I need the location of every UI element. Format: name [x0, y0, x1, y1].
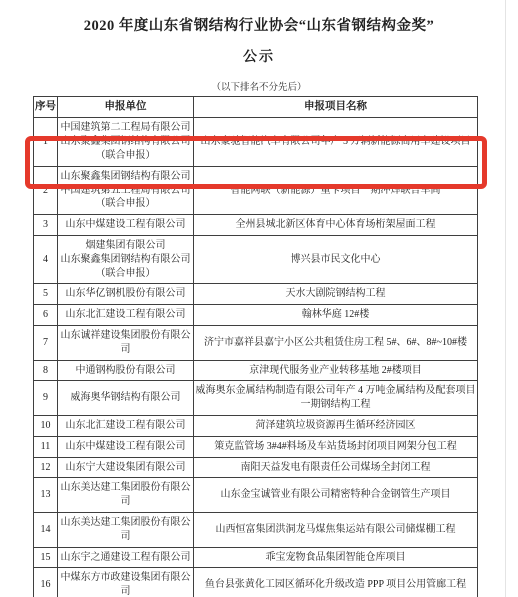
header-cell-applicant: 申报单位	[58, 97, 194, 118]
table-row: 14山东美达建工集团股份有限公司山西恒富集团洪洞龙马煤焦集运站有限公司储煤棚工程	[34, 513, 478, 548]
applicant-cell: 山东华亿钢机股份有限公司	[58, 284, 194, 305]
row-number-cell: 12	[34, 457, 58, 478]
project-cell: 策克监管场 3#4#料场及车站货场封闭项目网架分包工程	[194, 436, 478, 457]
applicant-cell: 山东聚鑫集团钢结构有限公司 中国建筑第五工程局有限公司 （联合申报）	[58, 166, 194, 214]
row-number-cell: 10	[34, 416, 58, 437]
applicant-cell: 山东宇之通建设工程有限公司	[58, 547, 194, 568]
table-row: 4烟建集团有限公司 山东聚鑫集团钢结构有限公司 （联合申报）博兴县市民文化中心	[34, 236, 478, 284]
row-number-cell: 7	[34, 326, 58, 361]
project-cell: 全州县城北新区体育中心体育场桁架屋面工程	[194, 215, 478, 236]
table-row: 10山东北汇建设工程有限公司菏泽建筑垃圾资源再生循环经济园区	[34, 416, 478, 437]
applicant-cell: 山东美达建工集团股份有限公司	[58, 478, 194, 513]
page-subtitle: 公示	[0, 46, 518, 66]
project-cell: 菏泽建筑垃圾资源再生循环经济园区	[194, 416, 478, 437]
project-cell: 济宁市嘉祥县嘉宁小区公共租赁住房工程 5#、6#、8#~10#楼	[194, 326, 478, 361]
awards-table: 序号 申报单位 申报项目名称 1中国建筑第二工程局有限公司 山东聚鑫集团钢结构有…	[33, 96, 478, 597]
table-row: 6山东北汇建设工程有限公司翰林华庭 12#楼	[34, 305, 478, 326]
applicant-cell: 山东宁大建设集团有限公司	[58, 457, 194, 478]
project-cell: 乖宝宠物食品集团智能仓库项目	[194, 547, 478, 568]
page-edge-line	[505, 0, 506, 597]
row-number-cell: 14	[34, 513, 58, 548]
applicant-cell: 中通钢构股份有限公司	[58, 360, 194, 381]
row-number-cell: 8	[34, 360, 58, 381]
row-number-cell: 11	[34, 436, 58, 457]
project-cell: 山东金宝诚管业有限公司精密特种合金钢管生产项目	[194, 478, 478, 513]
project-cell: 京津现代服务业产业转移基地 2#楼项目	[194, 360, 478, 381]
table-row: 15山东宇之通建设工程有限公司乖宝宠物食品集团智能仓库项目	[34, 547, 478, 568]
row-number-cell: 13	[34, 478, 58, 513]
table-row: 12山东宁大建设集团有限公司南阳天益发电有限责任公司煤场全封闭工程	[34, 457, 478, 478]
row-number-cell: 9	[34, 381, 58, 416]
applicant-cell: 山东北汇建设工程有限公司	[58, 416, 194, 437]
project-cell: 天水大剧院钢结构工程	[194, 284, 478, 305]
row-number-cell: 4	[34, 236, 58, 284]
document-page: 2020 年度山东省钢结构行业协会“山东省钢结构金奖” 公示 （以下排名不分先后…	[0, 0, 518, 597]
applicant-cell: 中煤东方市政建设集团有限公司	[58, 568, 194, 597]
applicant-cell: 山东诚祥建设集团股份有限公司	[58, 326, 194, 361]
project-cell: 威海奥东金属结构制造有限公司年产 4 万吨金属结构及配套项目一期钢结构工程	[194, 381, 478, 416]
applicant-cell: 山东中煤建设工程有限公司	[58, 436, 194, 457]
project-cell: 山东豪驰智能汽车有限公司年产 5 万辆新能源商用车建设项目	[194, 118, 478, 166]
project-cell: 山西恒富集团洪洞龙马煤焦集运站有限公司储煤棚工程	[194, 513, 478, 548]
table-header-row: 序号 申报单位 申报项目名称	[34, 97, 478, 118]
row-number-cell: 6	[34, 305, 58, 326]
row-number-cell: 16	[34, 568, 58, 597]
table-row: 11山东中煤建设工程有限公司策克监管场 3#4#料场及车站货场封闭项目网架分包工…	[34, 436, 478, 457]
header-cell-project: 申报项目名称	[194, 97, 478, 118]
table-row: 16中煤东方市政建设集团有限公司鱼台县张黄化工园区循环化升级改造 PPP 项目公…	[34, 568, 478, 597]
applicant-cell: 山东中煤建设工程有限公司	[58, 215, 194, 236]
table-row: 5山东华亿钢机股份有限公司天水大剧院钢结构工程	[34, 284, 478, 305]
row-number-cell: 5	[34, 284, 58, 305]
table-row: 3山东中煤建设工程有限公司全州县城北新区体育中心体育场桁架屋面工程	[34, 215, 478, 236]
row-number-cell: 1	[34, 118, 58, 166]
table-row: 1中国建筑第二工程局有限公司 山东聚鑫集团钢结构有限公司 （联合申报）山东豪驰智…	[34, 118, 478, 166]
applicant-cell: 烟建集团有限公司 山东聚鑫集团钢结构有限公司 （联合申报）	[58, 236, 194, 284]
applicant-cell: 威海奥华钢结构有限公司	[58, 381, 194, 416]
table-row-highlighted: 2山东聚鑫集团钢结构有限公司 中国建筑第五工程局有限公司 （联合申报）智能网联（…	[34, 166, 478, 214]
applicant-cell: 山东北汇建设工程有限公司	[58, 305, 194, 326]
table-row: 13山东美达建工集团股份有限公司山东金宝诚管业有限公司精密特种合金钢管生产项目	[34, 478, 478, 513]
applicant-cell: 中国建筑第二工程局有限公司 山东聚鑫集团钢结构有限公司 （联合申报）	[58, 118, 194, 166]
ranking-note: （以下排名不分先后）	[0, 79, 518, 93]
project-cell: 博兴县市民文化中心	[194, 236, 478, 284]
project-cell: 南阳天益发电有限责任公司煤场全封闭工程	[194, 457, 478, 478]
row-number-cell: 3	[34, 215, 58, 236]
project-cell: 智能网联（新能源）重卡项目一期冲焊联合车间	[194, 166, 478, 214]
row-number-cell: 2	[34, 166, 58, 214]
header-cell-no: 序号	[34, 97, 58, 118]
table-row: 9威海奥华钢结构有限公司威海奥东金属结构制造有限公司年产 4 万吨金属结构及配套…	[34, 381, 478, 416]
project-cell: 鱼台县张黄化工园区循环化升级改造 PPP 项目公用管廊工程	[194, 568, 478, 597]
page-title: 2020 年度山东省钢结构行业协会“山东省钢结构金奖”	[0, 14, 518, 35]
table-row: 7山东诚祥建设集团股份有限公司济宁市嘉祥县嘉宁小区公共租赁住房工程 5#、6#、…	[34, 326, 478, 361]
row-number-cell: 15	[34, 547, 58, 568]
applicant-cell: 山东美达建工集团股份有限公司	[58, 513, 194, 548]
project-cell: 翰林华庭 12#楼	[194, 305, 478, 326]
table-row: 8中通钢构股份有限公司京津现代服务业产业转移基地 2#楼项目	[34, 360, 478, 381]
